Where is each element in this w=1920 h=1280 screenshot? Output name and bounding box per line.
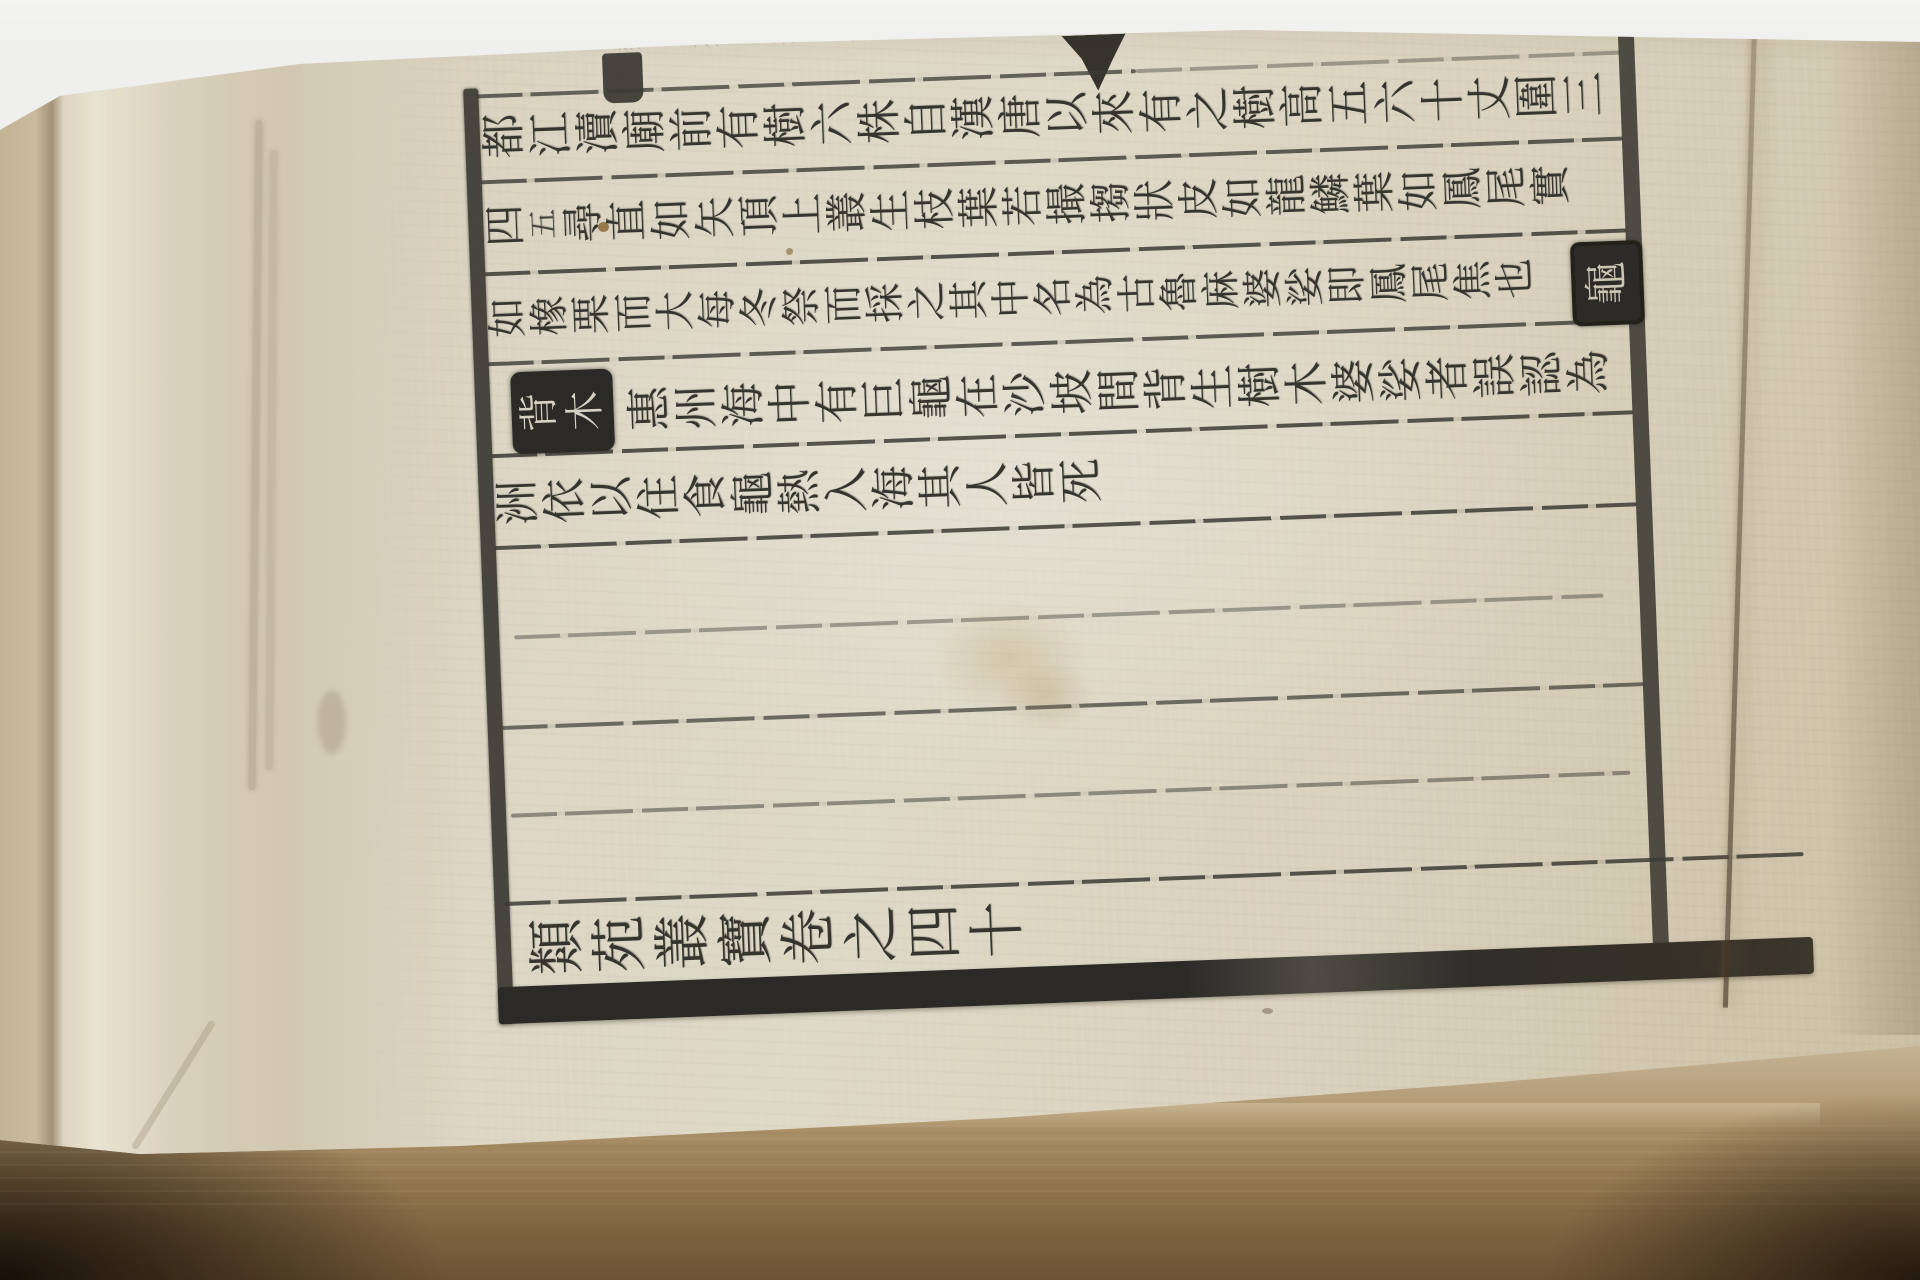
glyph: 為 — [1074, 273, 1118, 317]
glyph: 廟 — [620, 106, 669, 155]
glyph: 卷 — [922, 8, 955, 41]
folded-margin-running-title: 類苑叢寶卷之四十 — [611, 0, 1392, 55]
glyph: 娑 — [1284, 265, 1328, 309]
glyph: 住 — [634, 472, 683, 521]
glyph: 有 — [1137, 86, 1186, 135]
glyph: 尾 — [1409, 260, 1453, 304]
glyph: 橡 — [528, 294, 572, 338]
glyph: 為 — [1564, 348, 1613, 397]
glyph: 鱗 — [1308, 171, 1354, 217]
glyph: 焦 — [1451, 259, 1495, 303]
glyph: 洲 — [493, 478, 542, 527]
glyph: 如 — [648, 196, 694, 242]
glyph: 圍 — [1512, 71, 1561, 120]
entry-heading-cartouche: 背木 — [510, 368, 615, 454]
glyph: 頂 — [736, 193, 782, 239]
glyph: 龜 — [728, 469, 777, 518]
glyph: 木 — [1282, 358, 1331, 407]
glyph: 以 — [1043, 89, 1092, 138]
glyph: 婆 — [1242, 267, 1286, 311]
glyph: 背 — [1141, 364, 1190, 413]
glyph: 十 — [966, 896, 1031, 961]
glyph: 之 — [906, 280, 950, 324]
glyph: 依 — [540, 476, 589, 525]
glyph: 人 — [963, 460, 1012, 509]
glyph: 海 — [719, 380, 768, 429]
glyph: 其 — [916, 462, 965, 511]
frame-border-bottom — [1618, 32, 1669, 950]
glyph: 而 — [822, 283, 866, 327]
glyph: 古 — [1116, 271, 1160, 315]
glyph: 木 — [563, 388, 609, 434]
ink-speck — [786, 248, 793, 255]
glyph: 瀆 — [573, 107, 622, 156]
glyph: 都 — [479, 111, 528, 160]
glyph: 六 — [1371, 77, 1420, 126]
glyph: 惠 — [625, 384, 674, 433]
glyph: 高 — [1277, 80, 1326, 129]
glyph: 魯 — [1158, 270, 1202, 314]
glyph: 上 — [780, 191, 826, 237]
glyph: 沙 — [1000, 369, 1049, 418]
glyph: 生 — [1188, 362, 1237, 411]
glyph: 巨 — [859, 375, 908, 424]
glyph: 十 — [1156, 0, 1189, 32]
glyph: 鳳 — [1440, 166, 1486, 212]
glyph: 直 — [605, 198, 651, 244]
glyph: 背 — [517, 389, 563, 435]
glyph: 叢 — [824, 190, 870, 236]
glyph: 叢 — [767, 14, 800, 47]
glyph: 矢 — [692, 195, 738, 241]
glyph: 如 — [1396, 168, 1442, 214]
glyph: 寶 — [844, 11, 877, 44]
glyph: 四 — [1078, 2, 1111, 35]
glyph: 江 — [526, 109, 575, 158]
column-rule — [504, 852, 1803, 906]
glyph: 尾 — [1484, 164, 1530, 210]
glyph: 四 — [483, 203, 529, 249]
glyph: 唐 — [996, 91, 1045, 140]
glyph: 之 — [1000, 5, 1033, 38]
glyph: 即 — [1326, 263, 1370, 307]
glyph: 坡 — [1047, 367, 1096, 416]
glyph: 前 — [667, 104, 716, 153]
glyph: 麻 — [1200, 268, 1244, 312]
glyph: 皆 — [1010, 458, 1059, 507]
glyph: 丈 — [1465, 73, 1514, 122]
glyph: 祭 — [780, 284, 824, 328]
glyph: 如 — [486, 296, 530, 340]
glyph: 自 — [902, 95, 951, 144]
glyph: 者 — [1423, 353, 1472, 402]
glyph: 栗 — [570, 292, 614, 336]
page-right-edge-shading — [1828, 25, 1920, 1035]
glyph: 之 — [840, 901, 905, 966]
glyph: 樹 — [1235, 360, 1284, 409]
glyph: 如 — [1220, 174, 1266, 220]
glyph: 中 — [990, 276, 1034, 320]
glyph: 十 — [1418, 75, 1467, 124]
glyph: 漢 — [949, 93, 998, 142]
ink-speck — [1262, 1008, 1273, 1014]
glyph: 其 — [948, 278, 992, 322]
glyph: 樹 — [1231, 82, 1280, 131]
glyph: 中 — [766, 378, 815, 427]
glyph: 葉 — [1352, 169, 1398, 215]
glyph: 冬 — [738, 286, 782, 330]
glyph: 五 — [527, 206, 562, 241]
glyph: 婆 — [1329, 357, 1378, 406]
column-rule — [511, 771, 1630, 818]
glyph: 卷 — [777, 904, 842, 969]
glyph: 若 — [1000, 183, 1046, 229]
turtle-seal-emblem: 龜 — [1570, 240, 1645, 327]
glyph: 苑 — [588, 911, 653, 976]
glyph: 有 — [714, 102, 763, 151]
glyph: 叢 — [651, 908, 716, 973]
glyph: 間 — [1094, 366, 1143, 415]
glyph: 海 — [869, 463, 918, 512]
turtle-emblem-glyph: 龜 — [1582, 257, 1634, 309]
glyph: 五 — [1324, 79, 1373, 128]
glyph: 龍 — [1264, 173, 1310, 219]
glyph: 六 — [808, 98, 857, 147]
glyph: 生 — [868, 188, 914, 234]
glyph: 株 — [855, 97, 904, 146]
glyph: 寶 — [714, 906, 779, 971]
glyph: 也 — [1493, 257, 1537, 301]
glyph: 類 — [611, 20, 644, 53]
glyph: 認 — [1517, 349, 1566, 398]
glyph: 州 — [672, 382, 721, 431]
glyph: 熱 — [775, 467, 824, 516]
glyph: 枝 — [912, 186, 958, 232]
glyph: 每 — [696, 288, 740, 332]
glyph: 苑 — [689, 17, 722, 50]
glyph: 而 — [612, 291, 656, 335]
glyph: 龜 — [906, 373, 955, 422]
glyph: 皮 — [1176, 176, 1222, 222]
glyph: 來 — [1090, 88, 1139, 137]
glyph: 樹 — [761, 100, 810, 149]
glyph: 狀 — [1132, 178, 1178, 224]
glyph: 娑 — [1376, 355, 1425, 404]
glyph: 之 — [1184, 84, 1233, 133]
corner-blot — [1700, 942, 1736, 974]
page-left-edge-shading — [0, 0, 470, 1280]
glyph: 大 — [654, 289, 698, 333]
ink-speck — [598, 222, 609, 232]
glyph: 類 — [525, 913, 590, 978]
paper-stain — [1000, 660, 1095, 732]
glyph: 撮 — [1044, 181, 1090, 227]
glyph: 四 — [903, 899, 968, 964]
printed-text-block: 類苑叢寶卷之四十 都江瀆廟前有樹六株自漢唐以來有之樹高五六十丈圍三 四五尋直如矢… — [463, 34, 1820, 1032]
photo-scene: 類苑叢寶卷之四十 都江瀆廟前有樹六株自漢唐以來有之樹高五六十丈圍三 四五尋直如矢… — [0, 0, 1920, 1280]
glyph: 在 — [953, 371, 1002, 420]
glyph: 以 — [587, 474, 636, 523]
smudge — [318, 690, 346, 754]
glyph: 入 — [822, 465, 871, 514]
glyph: 食 — [681, 471, 730, 520]
glyph: 鳳 — [1368, 262, 1412, 306]
glyph: 葉 — [956, 184, 1002, 230]
glyph: 實 — [1528, 162, 1574, 208]
glyph: 搊 — [1088, 179, 1134, 225]
glyph: 誤 — [1470, 351, 1519, 400]
glyph: 三 — [1559, 70, 1608, 119]
glyph: 有 — [813, 376, 862, 425]
glyph: 名 — [1032, 275, 1076, 319]
glyph: 死 — [1057, 456, 1106, 505]
glyph: 採 — [864, 281, 908, 325]
